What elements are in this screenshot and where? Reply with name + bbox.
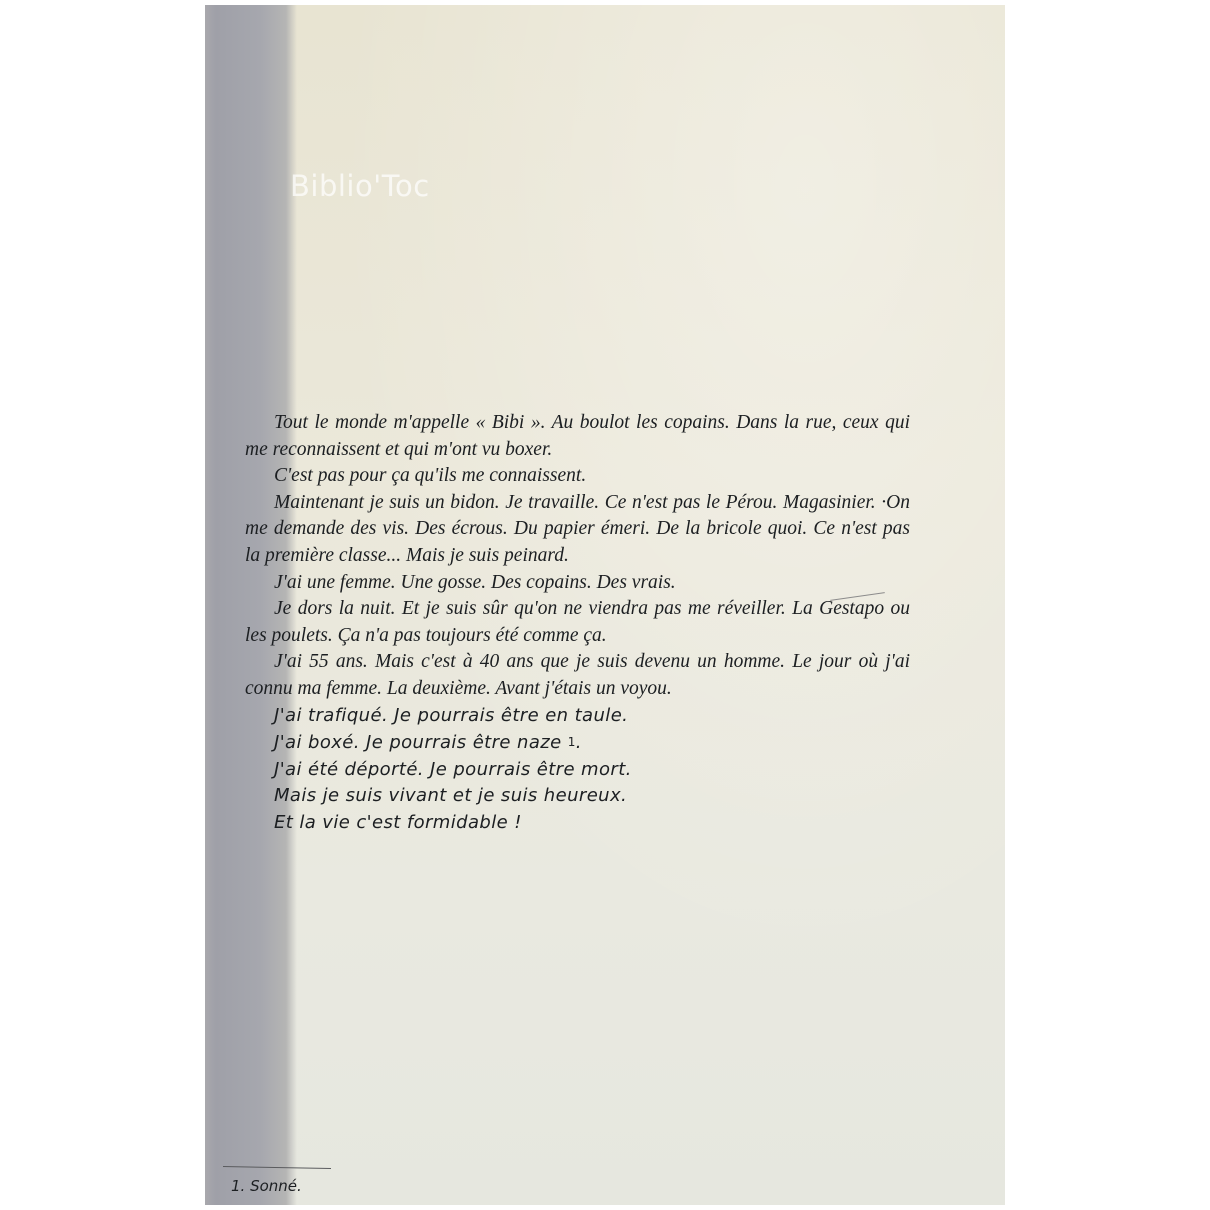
stanza-line: J'ai trafiqué. Je pourrais être en taule… bbox=[245, 703, 910, 730]
stanza-line: Et la vie c'est formidable ! bbox=[245, 810, 910, 837]
paragraph: Maintenant je suis un bidon. Je travaill… bbox=[245, 490, 910, 570]
book-page: Biblio'Toc Tout le monde m'appelle « Bib… bbox=[205, 5, 1005, 1205]
footnote-ref[interactable]: 1 bbox=[568, 735, 576, 749]
paragraph: C'est pas pour ça qu'ils me connaissent. bbox=[245, 463, 910, 490]
stanza-line: J'ai été déporté. Je pourrais être mort. bbox=[245, 757, 910, 784]
stanza-line-text: J'ai boxé. Je pourrais être naze bbox=[274, 732, 562, 753]
footnote-text: Sonné. bbox=[250, 1177, 302, 1195]
watermark: Biblio'Toc bbox=[290, 169, 430, 203]
stanza-line: J'ai boxé. Je pourrais être naze 1. bbox=[245, 729, 910, 757]
paragraph: Je dors la nuit. Et je suis sûr qu'on ne… bbox=[245, 596, 910, 649]
stanza-line-end: . bbox=[576, 732, 582, 753]
footnote: 1. Sonné. bbox=[231, 1177, 302, 1195]
paragraph: J'ai 55 ans. Mais c'est à 40 ans que je … bbox=[245, 649, 910, 702]
footnote-number: 1. bbox=[231, 1177, 245, 1195]
closing-stanza: J'ai trafiqué. Je pourrais être en taule… bbox=[245, 703, 910, 837]
body-text: Tout le monde m'appelle « Bibi ». Au bou… bbox=[245, 410, 910, 837]
stanza-line: Mais je suis vivant et je suis heureux. bbox=[245, 783, 910, 810]
paragraph: Tout le monde m'appelle « Bibi ». Au bou… bbox=[245, 410, 910, 463]
paragraph: J'ai une femme. Une gosse. Des copains. … bbox=[245, 570, 910, 597]
